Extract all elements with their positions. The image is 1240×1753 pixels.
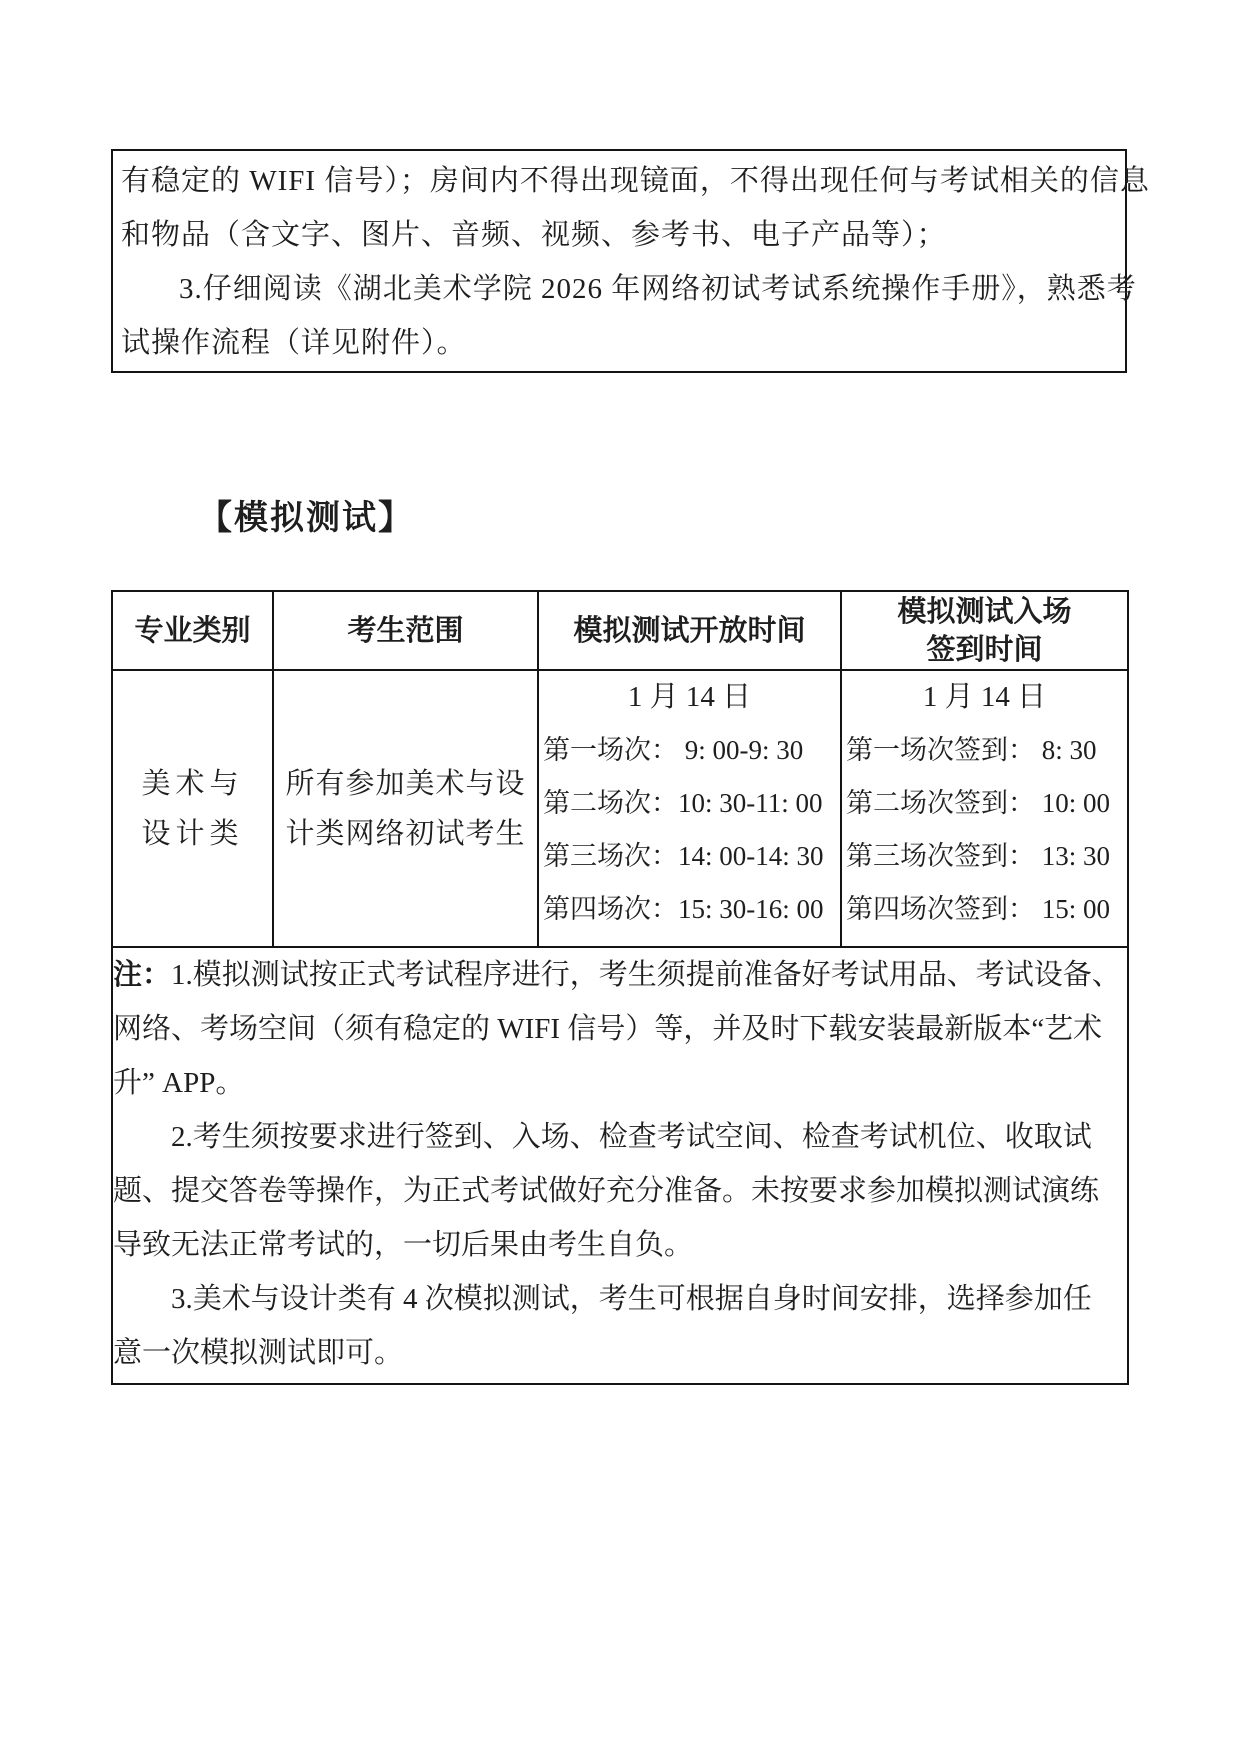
notes-line: 3.美术与设计类有 4 次模拟测试，考生可根据自身时间安排，选择参加任 <box>113 1272 1127 1326</box>
open-session: 第二场次：10: 30-11: 00 <box>539 777 840 830</box>
cell-open-time: 1 月 14 日 第一场次： 9: 00-9: 30 第二场次：10: 30-1… <box>538 670 841 947</box>
notice-box: 有稳定的 WIFI 信号）；房间内不得出现镜面，不得出现任何与考试相关的信息 和… <box>111 149 1127 373</box>
document-page: 有稳定的 WIFI 信号）；房间内不得出现镜面，不得出现任何与考试相关的信息 和… <box>0 0 1240 1753</box>
column-header-open-time: 模拟测试开放时间 <box>538 591 841 670</box>
open-session: 第一场次： 9: 00-9: 30 <box>539 724 840 777</box>
notes-line: 升” APP。 <box>113 1056 1127 1110</box>
checkin-session: 第四场次签到： 15: 00 <box>842 883 1127 936</box>
category-line: 美术与 <box>113 759 272 809</box>
notes-line: 注：1.模拟测试按正式考试程序进行，考生须提前准备好考试用品、考试设备、 <box>113 948 1127 1002</box>
notes-line: 2.考生须按要求进行签到、入场、检查考试空间、检查考试机位、收取试 <box>113 1110 1127 1164</box>
table-row: 美术与 设计类 所有参加美术与设 计类网络初试考生 1 月 14 日 第一场次：… <box>112 670 1128 947</box>
scope-line: 所有参加美术与设 <box>274 759 537 809</box>
notice-line: 和物品（含文字、图片、音频、视频、参考书、电子产品等）； <box>121 208 1115 262</box>
column-header-scope: 考生范围 <box>273 591 538 670</box>
checkin-session: 第一场次签到： 8: 30 <box>842 724 1127 777</box>
column-header-checkin-time: 模拟测试入场 签到时间 <box>841 591 1128 670</box>
open-session: 第三场次：14: 00-14: 30 <box>539 830 840 883</box>
open-date: 1 月 14 日 <box>539 671 840 724</box>
notes-line: 意一次模拟测试即可。 <box>113 1326 1127 1380</box>
notes-line: 网络、考场空间（须有稳定的 WIFI 信号）等，并及时下载安装最新版本“艺术 <box>113 1002 1127 1056</box>
cell-checkin-time: 1 月 14 日 第一场次签到： 8: 30 第二场次签到： 10: 00 第三… <box>841 670 1128 947</box>
open-session: 第四场次：15: 30-16: 00 <box>539 883 840 936</box>
checkin-date: 1 月 14 日 <box>842 671 1127 724</box>
category-line: 设计类 <box>113 809 272 859</box>
cell-category: 美术与 设计类 <box>112 670 273 947</box>
notice-line: 试操作流程（详见附件）。 <box>121 316 1115 370</box>
notice-line: 有稳定的 WIFI 信号）；房间内不得出现镜面，不得出现任何与考试相关的信息 <box>121 154 1115 208</box>
notes-cell: 注：1.模拟测试按正式考试程序进行，考生须提前准备好考试用品、考试设备、 网络、… <box>112 947 1128 1384</box>
notes-row: 注：1.模拟测试按正式考试程序进行，考生须提前准备好考试用品、考试设备、 网络、… <box>112 947 1128 1384</box>
checkin-session: 第二场次签到： 10: 00 <box>842 777 1127 830</box>
scope-line: 计类网络初试考生 <box>274 809 537 859</box>
checkin-session: 第三场次签到： 13: 30 <box>842 830 1127 883</box>
column-header-category: 专业类别 <box>112 591 273 670</box>
notes-line: 题、提交答卷等操作，为正式考试做好充分准备。未按要求参加模拟测试演练 <box>113 1164 1127 1218</box>
notes-label: 注： <box>113 959 171 991</box>
cell-scope: 所有参加美术与设 计类网络初试考生 <box>273 670 538 947</box>
table-header-row: 专业类别 考生范围 模拟测试开放时间 模拟测试入场 签到时间 <box>112 591 1128 670</box>
section-heading-mock-test: 【模拟测试】 <box>198 490 414 539</box>
mock-test-schedule-table: 专业类别 考生范围 模拟测试开放时间 模拟测试入场 签到时间 美术与 设计类 所… <box>111 590 1129 1385</box>
notes-line: 导致无法正常考试的，一切后果由考生自负。 <box>113 1218 1127 1272</box>
notes-text: 1.模拟测试按正式考试程序进行，考生须提前准备好考试用品、考试设备、 <box>171 959 1121 991</box>
notice-line: 3.仔细阅读《湖北美术学院 2026 年网络初试考试系统操作手册》，熟悉考 <box>121 262 1115 316</box>
